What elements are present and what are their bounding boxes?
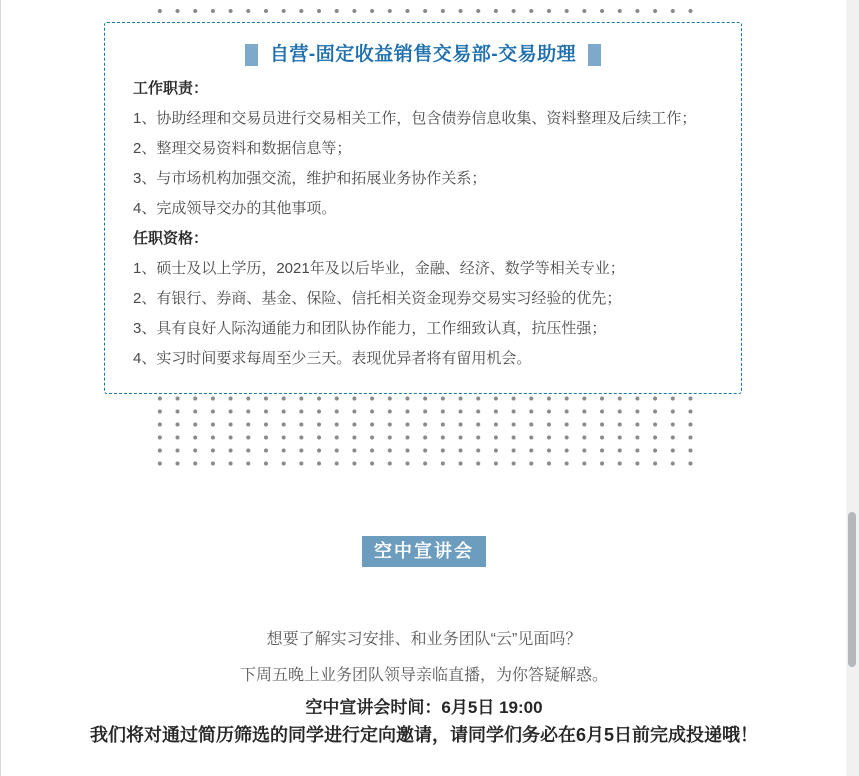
dot-grid-top-decoration: [151, 0, 699, 16]
responsibility-item: 2、整理交易资料和数据信息等；: [133, 134, 715, 164]
job-title-row: 自营-固定收益销售交易部-交易助理: [105, 43, 741, 67]
responsibilities-section: 工作职责： 1、协助经理和交易员进行交易相关工作，包含债券信息收集、资料整理及后…: [133, 74, 715, 224]
job-card-body: 工作职责： 1、协助经理和交易员进行交易相关工作，包含债券信息收集、资料整理及后…: [105, 67, 741, 374]
air-info-session-banner: 空中宣讲会: [362, 536, 486, 567]
responsibility-item: 1、协助经理和交易员进行交易相关工作，包含债券信息收集、资料整理及后续工作；: [133, 104, 715, 134]
info-session-teaser-line: 想要了解实习安排、和业务团队“云”见面吗？: [1, 626, 847, 649]
qualification-item: 2、有银行、券商、基金、保险、信托相关资金现券交易实习经验的优先；: [133, 284, 715, 314]
responsibility-item: 3、与市场机构加强交流，维护和拓展业务协作关系；: [133, 164, 715, 194]
qualifications-heading: 任职资格：: [133, 224, 715, 254]
qualification-item: 4、实习时间要求每周至少三天。表现优异者将有留用机会。: [133, 344, 715, 374]
responsibility-item: 4、完成领导交办的其他事项。: [133, 194, 715, 224]
qualifications-section: 任职资格： 1、硕士及以上学历，2021年及以后毕业，金融、经济、数学等相关专业…: [133, 224, 715, 374]
application-deadline-notice: 我们将对通过简历筛选的同学进行定向邀请，请同学们务必在6月5日前完成投递哦！: [1, 721, 847, 747]
info-session-detail-line: 下周五晚上业务团队领导亲临直播，为你答疑解惑。: [1, 662, 847, 685]
qualification-item: 1、硕士及以上学历，2021年及以后毕业，金融、经济、数学等相关专业；: [133, 254, 715, 284]
title-marker-left-icon: [245, 44, 258, 66]
scrollbar-track[interactable]: [846, 0, 859, 776]
article-content: 自营-固定收益销售交易部-交易助理 工作职责： 1、协助经理和交易员进行交易相关…: [0, 0, 846, 776]
info-session-time: 空中宣讲会时间：6月5日 19:00: [1, 693, 847, 718]
dot-grid-bottom-decoration: [151, 392, 699, 470]
job-title: 自营-固定收益销售交易部-交易助理: [270, 43, 576, 67]
responsibilities-heading: 工作职责：: [133, 74, 715, 104]
qualification-item: 3、具有良好人际沟通能力和团队协作能力，工作细致认真，抗压性强；: [133, 314, 715, 344]
scrollbar-thumb[interactable]: [848, 512, 856, 667]
job-card: 自营-固定收益销售交易部-交易助理 工作职责： 1、协助经理和交易员进行交易相关…: [104, 22, 742, 394]
title-marker-right-icon: [588, 44, 601, 66]
